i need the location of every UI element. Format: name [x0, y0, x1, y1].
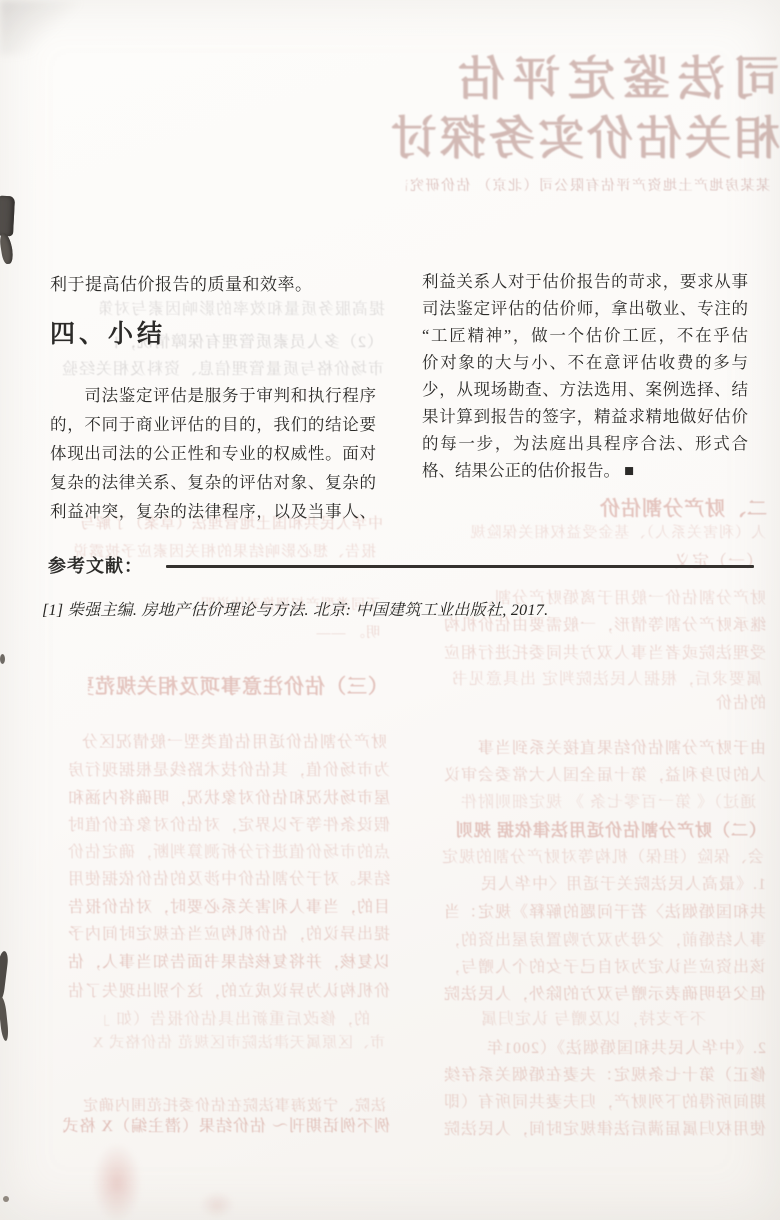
bleedthrough-line: 点的市场价值进行分析测算判断，确定估价: [40, 839, 390, 862]
binding-mark: [0, 232, 14, 264]
section-heading: 四、小结: [50, 314, 166, 350]
text-line: 司法鉴定评估的估价师，拿出敬业、专注的: [422, 295, 748, 322]
bleedthrough-line: 会、保险（担保）机构等对财产分割的规定: [406, 844, 764, 867]
bleedthrough-line: 由于财产分割估价结果直接关系到当事: [418, 735, 766, 758]
text-line: 司法鉴定评估是服务于审判和执行程序: [50, 381, 376, 410]
bleedthrough-line: 提出异议的，估价机构应当在规定时间内予: [40, 921, 390, 944]
scan-smudge: [200, 1192, 234, 1218]
bleedthrough-line: 目的，当事人利害关系必要时，对估价报告: [40, 894, 390, 917]
text-line: 利益冲突，复杂的法律程序，以及当事人、: [50, 497, 376, 526]
bleedthrough-title-line2: 相关估价实务探讨: [384, 102, 780, 168]
bleedthrough-line: 价机构认为异议成立的，这个别出现失了估: [40, 978, 390, 1001]
left-column-tail-line: 利于提高估价报告的质量和效率。: [50, 270, 376, 295]
corner-shade: [0, 0, 80, 55]
bleedthrough-line: 通过）《 第一百零七条 》 规定细则附件: [406, 789, 756, 812]
bleedthrough-line: 二、财产分割估价: [545, 492, 767, 521]
text-line: 的，不同于商业评估的目的，我们的结论要: [50, 410, 376, 439]
bleedthrough-line: 结果。对于分割估价中涉及的估价依据使用: [40, 866, 390, 889]
bleedthrough-line: 修正）第十七条规定：夫妻在婚姻关系存续: [406, 1062, 766, 1085]
bleedthrough-line: 以复核，并将复核结果书面告知当事人，估: [40, 949, 390, 972]
bleedthrough-line: 共和国婚姻法〉若干问题的解释》规定：当: [406, 899, 766, 922]
bleedthrough-line: 受理法院或者当事人双方共同委托进行相应: [406, 640, 766, 663]
bleedthrough-line: 的，修改后重新出具估价报告（如 」: [40, 1006, 370, 1029]
right-column-paragraph: 利益关系人对于估价报告的苛求，要求从事司法鉴定评估的估价师，拿出敬业、专注的“工…: [422, 268, 748, 484]
bleedthrough-line: 法院、宁波海事法院在估价委托范围内确定: [46, 1094, 386, 1115]
binding-mark: [0, 951, 9, 1002]
text-line: 格、结果公正的估价报告。 ■: [422, 457, 748, 484]
references-rule: [166, 565, 754, 568]
text-line: 利益关系人对于估价报告的苛求，要求从事: [422, 268, 748, 295]
bleedthrough-line: 属要求后，根据人民法院判定 出具意见书: [406, 666, 762, 689]
bleedthrough-line: 该出资应当认定为对自己子女的个人赠与，: [406, 954, 766, 977]
scan-speck: [3, 1196, 9, 1202]
bleedthrough-line: 2.《中华人民共和国婚姻法》（2001年: [418, 1035, 766, 1058]
bleedthrough-line: 例不例话期刊～ 估价结果（潜主编）X 格式: [40, 1113, 390, 1136]
bleedthrough-line: 市场价格与质量管理信息、资料及相关经验: [46, 356, 384, 379]
bleedthrough-line: 事人结婚前，父母为双方购置房屋出资的，: [406, 927, 766, 950]
bleedthrough-line: 明。 ——: [240, 622, 380, 642]
left-column-paragraph: 司法鉴定评估是服务于审判和执行程序的，不同于商业评估的目的，我们的结论要体现出司…: [50, 381, 376, 526]
bleedthrough-line: （三）估价注意事项及相关规范要求: [88, 670, 388, 699]
text-line: 价对象的大与小、不在意评估收费的多与: [422, 349, 748, 376]
bleedthrough-line: 人（利害关系人）、基金受益权相关保险规: [408, 521, 766, 542]
binding-mark: [0, 997, 9, 1041]
scan-speck: [0, 654, 5, 664]
bleedthrough-line: 假设条件等予以界定，对估价对象在价值时: [40, 812, 390, 835]
bleedthrough-line: 财产分割估价适用估值类型一般情况区分: [52, 729, 387, 752]
bleedthrough-byline: 某某房地产土地资产评估有限公司（北京） 估价研究部: [406, 175, 770, 195]
reference-entry: [1] 柴强主编. 房地产估价理论与方法. 北京: 中国建筑工业出版社, 201…: [42, 597, 602, 620]
bleedthrough-line: 屋市场状况和估价对象状况，明确将内涵和: [40, 785, 390, 808]
scan-smudge: [93, 1143, 141, 1220]
text-line: 少，从现场勘查、方法选用、案例选择、结: [422, 376, 748, 403]
bleedthrough-line: 人的切身利益，第十届全国人大常委会审议: [406, 762, 766, 785]
bleedthrough-line: （二）财产分割估价适用法律依据 规则: [406, 816, 766, 841]
bleedthrough-line: 期间所得的下列财产，归夫妻共同所有（即: [406, 1089, 766, 1112]
text-line: 果计算到报告的签字，精益求精地做好估价: [422, 403, 748, 430]
binding-mark: [0, 196, 15, 237]
bleedthrough-line: 为市场价值，其估价技术路线是根据现行房: [40, 757, 390, 780]
text-line: “工匠精神”，做一个估价工匠，不在乎估: [422, 322, 748, 349]
text-line: 的每一步，为法庭出具程序合法、形式合: [422, 430, 748, 457]
bleedthrough-line: （一）定义: [608, 547, 763, 572]
references-label: 参考文献：: [48, 552, 143, 578]
scanned-journal-page: 司法鉴定评估 相关估价实务探讨 某某房地产土地资产评估有限公司（北京） 估价研究…: [0, 0, 780, 1220]
bleedthrough-line: 不予支持，以及赠与 认定归属: [406, 1006, 706, 1029]
bleedthrough-line: 市、区原属天津法院市区规范 估价格式 X: [40, 1031, 385, 1052]
text-line: 体现出司法的公正性和专业的权威性。面对: [50, 439, 376, 468]
bleedthrough-line: 但父母明确表示赠与双方的除外，人民法院: [406, 981, 766, 1004]
bleedthrough-line: 的估价: [700, 690, 766, 713]
bleedthrough-line: 使用权归属届满后法律规定时间，人民法院: [406, 1116, 766, 1139]
bleedthrough-title-line1: 司法鉴定评估: [440, 42, 780, 109]
bleedthrough-line: 1.《最高人民法院关于适用〈中华人民: [418, 871, 766, 894]
text-line: 复杂的法律关系、复杂的评估对象、复杂的: [50, 468, 376, 497]
